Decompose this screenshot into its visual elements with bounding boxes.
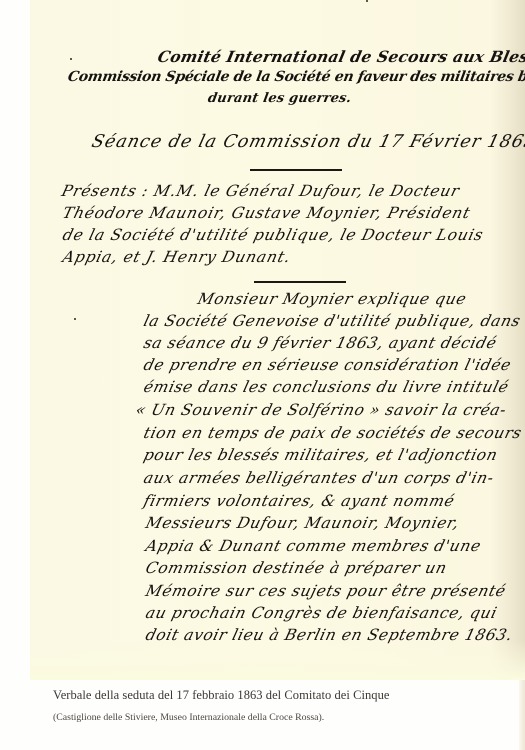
present-line-4: Appia, et J. Henry Dunant. xyxy=(61,248,293,266)
body-line-2: la Société Genevoise d'utilité publique,… xyxy=(142,312,523,330)
figure-caption: Verbale della seduta del 17 febbraio 186… xyxy=(53,688,390,703)
body-line-11: Messieurs Dufour, Maunoir, Moynier, xyxy=(144,514,462,532)
figure-source: (Castiglione delle Stiviere, Museo Inter… xyxy=(53,712,324,723)
body-line-8: pour les blessés militaires, et l'adjonc… xyxy=(142,446,500,464)
letterhead-line-3: durant les guerres. xyxy=(207,91,353,106)
title-divider xyxy=(250,169,342,171)
letterhead-line-2: Commission Spéciale de la Société en fav… xyxy=(67,69,525,85)
ink-speck xyxy=(70,58,72,60)
body-line-6: « Un Souvenir de Solférino » savoir la c… xyxy=(134,401,509,419)
body-line-9: aux armées belligérantes d'un corps d'in… xyxy=(142,469,496,487)
present-line-1: Présents : M.M. le Général Dufour, le Do… xyxy=(60,182,462,200)
ink-speck xyxy=(74,318,76,320)
present-line-2: Théodore Maunoir, Gustave Moynier, Prési… xyxy=(61,204,473,222)
body-line-13: Commission destinée à préparer un xyxy=(144,559,449,577)
body-line-12: Appia & Dunant comme membres d'une xyxy=(144,537,483,555)
body-line-16: doit avoir lieu à Berlin en Septembre 18… xyxy=(144,626,515,644)
body-line-1: Monsieur Moynier explique que xyxy=(196,290,469,308)
body-line-15: au prochain Congrès de bienfaisance, qui xyxy=(144,604,499,622)
body-line-10: firmiers volontaires, & ayant nommé xyxy=(142,492,457,510)
manuscript-sheet: Comité International de Secours aux Bles… xyxy=(30,0,525,680)
body-line-3: sa séance du 9 février 1863, ayant décid… xyxy=(142,334,499,352)
body-line-14: Mémoire sur ces sujets pour être présent… xyxy=(144,582,508,600)
body-line-4: de prendre en sérieuse considération l'i… xyxy=(142,356,514,374)
book-page: Comité International de Secours aux Bles… xyxy=(0,0,525,750)
body-line-7: tion en temps de paix de sociétés de sec… xyxy=(142,424,524,442)
present-divider xyxy=(254,281,346,283)
present-line-3: de la Société d'utilité publique, le Doc… xyxy=(61,226,486,244)
letterhead-line-1: Comité International de Secours aux Bles… xyxy=(156,47,525,66)
session-title: Séance de la Commission du 17 Février 18… xyxy=(90,132,525,152)
body-line-5: émise dans les conclusions du livre inti… xyxy=(142,378,511,396)
page-edge-shadow xyxy=(519,680,525,750)
ink-speck xyxy=(366,0,368,2)
